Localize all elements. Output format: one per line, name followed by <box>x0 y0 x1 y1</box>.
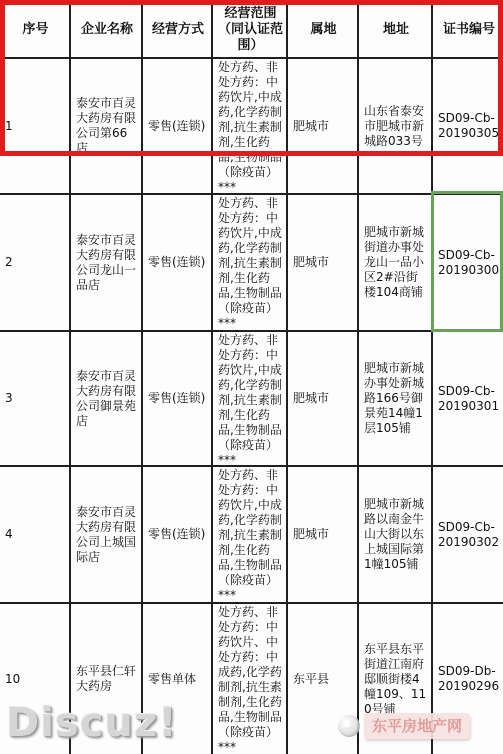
cert-cell-highlighted-green: SD09-Cb-20190300 <box>433 195 503 332</box>
cert-cell: SD09-Cb-20190302 <box>433 467 503 604</box>
scope-cell: 处方药、非处方药：中药饮片,中成药,化学药制剂,抗生素制剂,生化药品,生物制品（… <box>213 59 288 195</box>
mode-cell: 零售(连锁) <box>143 332 213 467</box>
company-cell: 泰安市百灵大药房有限公司上城国际店 <box>71 467 143 604</box>
mode-cell: 零售(连锁) <box>143 59 213 195</box>
company-cell: 泰安市百灵大药房有限公司第66店 <box>71 59 143 195</box>
header-company: 企业名称 <box>71 2 143 59</box>
address-cell: 东平县东平街道江南府邸顺街楼4幢109、110号铺 <box>359 604 433 754</box>
scope-cell: 处方药、非处方药：中药饮片,中成药,化学药制剂,抗生素制剂,生化药品,生物制品（… <box>213 195 288 332</box>
header-cert: 证书编号 <box>433 2 503 59</box>
header-district: 属地 <box>288 2 359 59</box>
company-cell: 泰安市百灵大药房有限公司御景苑店 <box>71 332 143 467</box>
header-scope: 经营范围（同认证范围） <box>213 2 288 59</box>
mode-cell: 零售(连锁) <box>143 467 213 604</box>
mode-cell: 零售(连锁) <box>143 195 213 332</box>
district-cell: 肥城市 <box>288 467 359 604</box>
district-cell: 肥城市 <box>288 332 359 467</box>
serial-cell: 3 <box>0 332 71 467</box>
pharmacy-license-table: 序号 企业名称 经营方式 经营范围（同认证范围） 属地 地址 证书编号 1 泰安… <box>0 0 503 754</box>
district-cell: 肥城市 <box>288 59 359 195</box>
licensed-pharmacies-table-page: 序号 企业名称 经营方式 经营范围（同认证范围） 属地 地址 证书编号 1 泰安… <box>0 0 503 754</box>
cert-cell: SD09-Db-20190296 <box>433 604 503 754</box>
district-cell: 东平县 <box>288 604 359 754</box>
header-address: 地址 <box>359 2 433 59</box>
cert-cell: SD09-Cb-20190301 <box>433 332 503 467</box>
header-mode: 经营方式 <box>143 2 213 59</box>
district-cell: 肥城市 <box>288 195 359 332</box>
serial-cell: 1 <box>0 59 71 195</box>
cert-cell: SD09-Cb-20190305 <box>433 59 503 195</box>
company-cell: 泰安市百灵大药房有限公司龙山一品店 <box>71 195 143 332</box>
serial-cell: 2 <box>0 195 71 332</box>
serial-cell: 4 <box>0 467 71 604</box>
scope-cell: 处方药、非处方药：中药饮片、中处方药：中成药,化学药制剂,抗生素制剂,生化药品,… <box>213 604 288 754</box>
address-cell: 肥城市新城街道办事处龙山一品小区2#沿街楼104商铺 <box>359 195 433 332</box>
address-cell: 肥城市新城路以南金牛山大街以东上城国际第1幢105铺 <box>359 467 433 604</box>
address-cell: 山东省泰安市肥城市新城路033号 <box>359 59 433 195</box>
company-cell: 东平县仁轩大药房 <box>71 604 143 754</box>
address-cell: 肥城市新城办事处新城路166号御景苑14幢1层105铺 <box>359 332 433 467</box>
scope-cell: 处方药、非处方药：中药饮片,中成药,化学药制剂,抗生素制剂,生化药品,生物制品（… <box>213 467 288 604</box>
serial-cell: 10 <box>0 604 71 754</box>
scope-cell: 处方药、非处方药：中药饮片,中成药,化学药制剂,抗生素制剂,生化药品,生物制品（… <box>213 332 288 467</box>
header-serial: 序号 <box>0 2 71 59</box>
mode-cell: 零售单体 <box>143 604 213 754</box>
